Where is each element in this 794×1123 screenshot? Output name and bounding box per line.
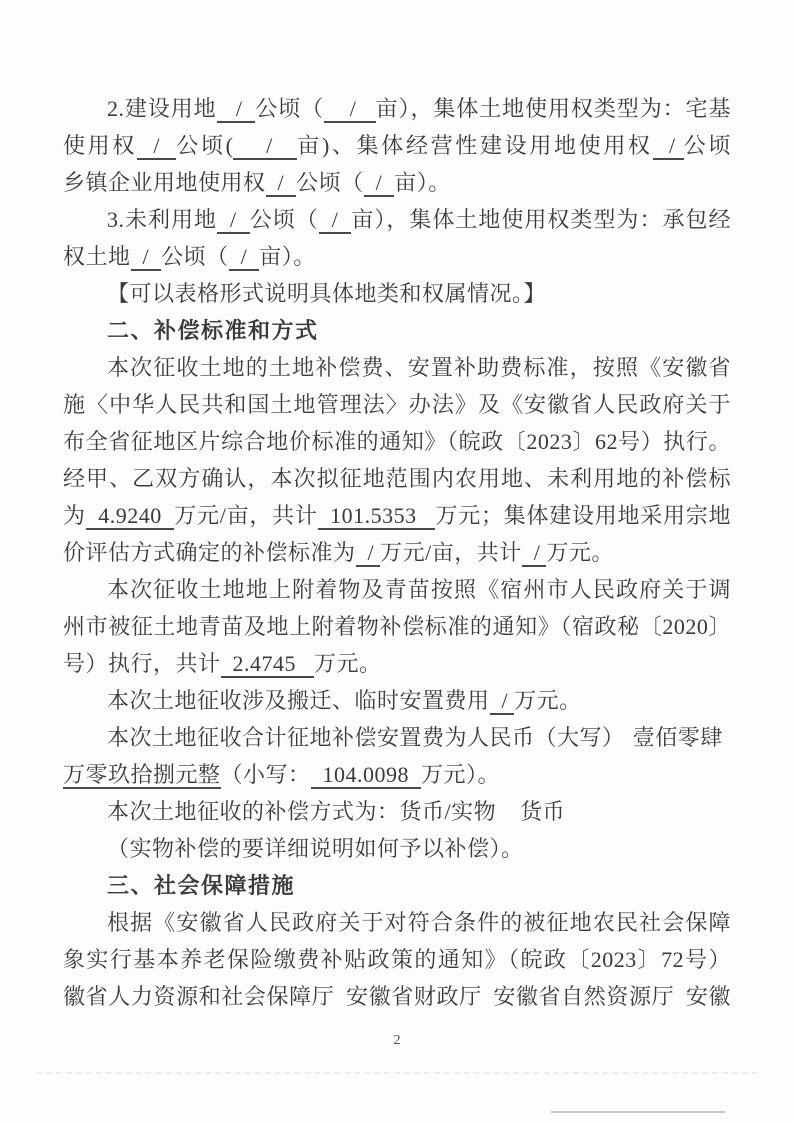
filled-value: 2.4745	[221, 651, 315, 678]
filled-value: 壹佰零肆	[625, 719, 731, 756]
blank-slot: /	[217, 96, 256, 123]
text-run: 为	[63, 503, 86, 528]
text-run: 万元）。	[421, 762, 500, 787]
text-run: 本次土地征收的补偿方式为：货币/实物	[107, 793, 496, 830]
text-run: 亩）。	[394, 170, 451, 195]
line-para2-4: 经甲、乙双方确认，本次拟征地范围内农用地、未利用地的补偿标准	[63, 460, 731, 497]
text-run: 州市被征土地青苗及地上附着物补偿标准的通知》（宿政秘〔2020〕50	[63, 614, 731, 645]
text-run: 权土地	[63, 244, 131, 269]
line-total-lowercase: 万零玖拾捌元整（小写： 104.0098 万元）。	[63, 756, 731, 793]
line-para2-5: 为 4.9240 万元/亩，共计 101.5353 万元；集体建设用地采用宗地地	[63, 497, 731, 534]
text-run: 【可以表格形式说明具体地类和权属情况。】	[107, 281, 546, 306]
blank-slot: /	[217, 207, 250, 234]
filled-value: 101.5353	[318, 503, 436, 530]
line-construction-land-2: 使用权 / 公顷( / 亩)、集体经营性建设用地使用权 / 公顷( / 亩)、	[63, 127, 731, 164]
line-para2-3: 布全省征地区片综合地价标准的通知》（皖政〔2023〕62号）执行。	[63, 423, 731, 460]
text-run: （实物补偿的要详细说明如何予以补偿）。	[107, 836, 524, 861]
text-run: 价评估方式确定的补偿标准为	[63, 540, 356, 565]
blank-slot: /	[324, 96, 376, 123]
blank-slot: /	[137, 133, 176, 160]
text-run: 象实行基本养老保险缴费补贴政策的通知》（皖政〔2023〕72号）《安	[63, 947, 731, 978]
text-run: 万元。	[314, 651, 382, 676]
section-heading-2: 二、补偿标准和方式	[63, 312, 731, 349]
text-run: 布全省征地区片综合地价标准的通知》（皖政〔2023〕62号）执行。	[63, 429, 731, 454]
text-run: 二、补偿标准和方式	[107, 318, 319, 343]
text-run: 万元/亩，共计	[174, 503, 317, 528]
line-relocation-fee: 本次土地征收涉及搬迁、临时安置费用 / 万元。	[63, 682, 731, 719]
text-run: 公顷（	[250, 207, 319, 232]
text-run: 本次征收土地地上附着物及青苗按照《宿州市人民政府关于调整宿	[107, 577, 731, 608]
text-run: 本次征收土地的土地补偿费、安置补助费标准，按照《安徽省实	[107, 355, 731, 386]
scan-artifact-dashed-line	[36, 1072, 758, 1074]
blank-slot: /	[356, 540, 381, 567]
line-construction-land-3: 乡镇企业用地使用权 / 公顷（ / 亩）。	[63, 164, 731, 201]
line-para2-1: 本次征收土地的土地补偿费、安置补助费标准，按照《安徽省实	[63, 349, 731, 386]
text-run: 三、社会保障措施	[107, 873, 295, 898]
document-page: 2.建设用地 / 公顷（ / 亩），集体土地使用权类型为：宅基地使用权 / 公顷…	[0, 0, 794, 1123]
text-run: 亩）。	[259, 244, 316, 269]
blank-slot: /	[522, 540, 547, 567]
line-para4-2: 象实行基本养老保险缴费补贴政策的通知》（皖政〔2023〕72号）《安	[63, 941, 731, 978]
text-run: 本次土地征收涉及搬迁、临时安置费用	[107, 688, 490, 713]
text-run: 徽省人力资源和社会保障厅 安徽省财政厅 安徽省自然资源厅 安徽	[63, 984, 731, 1009]
text-run: 根据《安徽省人民政府关于对符合条件的被征地农民社会保障对	[107, 910, 731, 941]
line-compensation-method: 本次土地征收的补偿方式为：货币/实物 货币	[63, 793, 731, 830]
text-run: 本次土地征收合计征地补偿安置费为人民币（大写）	[107, 719, 625, 756]
line-unused-land-1: 3.未利用地 / 公顷（ / 亩），集体土地使用权类型为：承包经营	[63, 201, 731, 238]
blank-slot: /	[229, 244, 260, 271]
blank-slot: /	[490, 688, 515, 715]
text-run: （小写：	[221, 762, 311, 787]
line-para3-3: 号）执行，共计 2.4745 万元。	[63, 645, 731, 682]
blank-slot: /	[364, 170, 395, 197]
line-para4-1: 根据《安徽省人民政府关于对符合条件的被征地农民社会保障对	[63, 904, 731, 941]
document-body: 2.建设用地 / 公顷（ / 亩），集体土地使用权类型为：宅基地使用权 / 公顷…	[63, 90, 731, 1015]
text-run: 万元。	[546, 540, 614, 565]
text-run: 公顷（	[296, 170, 364, 195]
filled-value: 104.0098	[311, 762, 422, 789]
blank-slot: /	[319, 207, 352, 234]
blank-slot: /	[131, 244, 162, 271]
page-number: 2	[394, 1033, 401, 1048]
page-footer: 2	[0, 1033, 794, 1049]
line-para3-2: 州市被征土地青苗及地上附着物补偿标准的通知》（宿政秘〔2020〕50	[63, 608, 731, 645]
text-run: 万元。	[514, 688, 582, 713]
text-run: 施〈中华人民共和国土地管理法〉办法》及《安徽省人民政府关于公	[63, 392, 731, 423]
line-total-uppercase: 本次土地征收合计征地补偿安置费为人民币（大写）壹佰零肆	[63, 719, 731, 756]
line-para3-1: 本次征收土地地上附着物及青苗按照《宿州市人民政府关于调整宿	[63, 571, 731, 608]
filled-value: 货币	[496, 793, 731, 830]
line-para2-6: 价评估方式确定的补偿标准为 / 万元/亩，共计 / 万元。	[63, 534, 731, 571]
blank-slot: /	[266, 170, 297, 197]
text-run: 经甲、乙双方确认，本次拟征地范围内农用地、未利用地的补偿标准	[63, 466, 731, 497]
line-para4-3: 徽省人力资源和社会保障厅 安徽省财政厅 安徽省自然资源厅 安徽	[63, 978, 731, 1015]
blank-slot: /	[233, 133, 297, 160]
line-inkind-note: （实物补偿的要详细说明如何予以补偿）。	[63, 830, 731, 867]
text-run: 公顷（	[161, 244, 229, 269]
line-para2-2: 施〈中华人民共和国土地管理法〉办法》及《安徽省人民政府关于公	[63, 386, 731, 423]
text-run: 公顷（	[255, 96, 324, 121]
text-run: 2.建设用地	[107, 96, 217, 121]
filled-value: 万零玖拾捌元整	[63, 762, 221, 789]
text-run: 公顷(	[176, 133, 233, 158]
text-run: 号）执行，共计	[63, 651, 221, 676]
line-table-note: 【可以表格形式说明具体地类和权属情况。】	[63, 275, 731, 312]
text-run: 亩)、集体经营性建设用地使用权	[297, 133, 652, 158]
text-run: 使用权	[63, 133, 137, 158]
line-construction-land-1: 2.建设用地 / 公顷（ / 亩），集体土地使用权类型为：宅基地	[63, 90, 731, 127]
text-run: 3.未利用地	[107, 207, 217, 232]
line-unused-land-2: 权土地 / 公顷（ / 亩）。	[63, 238, 731, 275]
section-heading-3: 三、社会保障措施	[63, 867, 731, 904]
text-run: 万元/亩，共计	[380, 540, 522, 565]
filled-value: 4.9240	[86, 503, 175, 530]
text-run: 乡镇企业用地使用权	[63, 170, 266, 195]
scan-artifact-line	[551, 1111, 725, 1113]
blank-slot: /	[653, 133, 684, 160]
